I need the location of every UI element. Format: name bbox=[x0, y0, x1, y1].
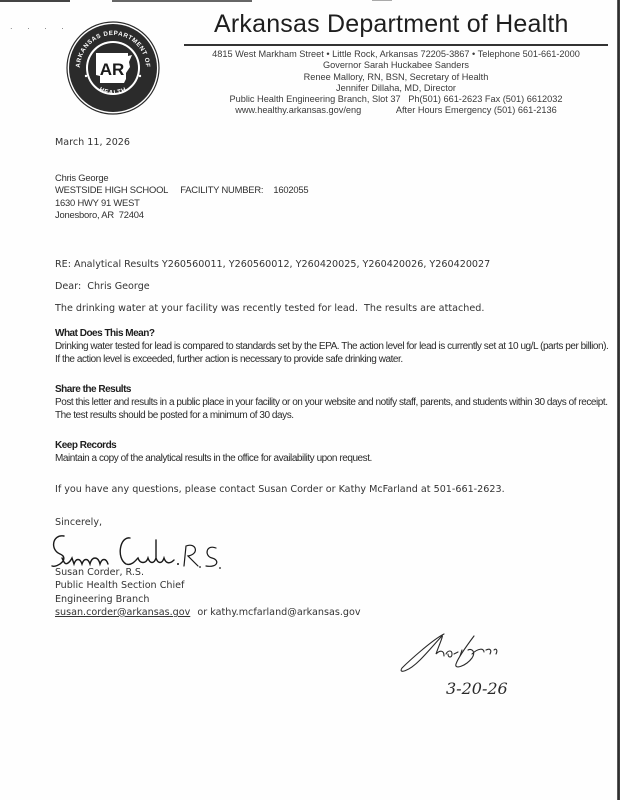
svg-text:AR: AR bbox=[100, 60, 125, 79]
email-link-susan-corder[interactable]: susan.corder@arkansas.gov bbox=[55, 607, 190, 618]
section-heading-what-does-this-mean: What Does This Mean? bbox=[55, 328, 154, 339]
section-body-share-results: Post this letter and results in a public… bbox=[55, 396, 615, 422]
secretary-line: Renee Mallory, RN, BSN, Secretary of Hea… bbox=[184, 72, 608, 83]
letter-date: March 11, 2026 bbox=[55, 137, 130, 148]
facility-line: WESTSIDE HIGH SCHOOLFACILITY NUMBER:1602… bbox=[55, 184, 308, 196]
signer-branch: Engineering Branch bbox=[55, 593, 361, 606]
website-link[interactable]: www.healthy.arkansas.gov/eng bbox=[235, 105, 361, 115]
recipient-street: 1630 HWY 91 WEST bbox=[55, 197, 308, 209]
director-line: Jennifer Dillaha, MD, Director bbox=[184, 83, 608, 94]
intro-paragraph: The drinking water at your facility was … bbox=[55, 303, 484, 314]
recipient-city: Jonesboro, AR 72404 bbox=[55, 209, 308, 221]
signer-title: Public Health Section Chief bbox=[55, 579, 361, 592]
letterhead-rule bbox=[184, 44, 608, 46]
facility-number: 1602055 bbox=[273, 184, 308, 195]
facility-name: WESTSIDE HIGH SCHOOL bbox=[55, 184, 168, 195]
after-hours-line: After Hours Emergency (501) 661-2136 bbox=[396, 105, 557, 115]
letter-page: . . . . AR ARKANSAS DEPARTMENT OF HEALTH… bbox=[0, 0, 620, 800]
recipient-address: Chris George WESTSIDE HIGH SCHOOLFACILIT… bbox=[55, 172, 308, 222]
handwritten-signature-chris-george: 3-20-26 bbox=[398, 628, 518, 708]
section-body-keep-records: Maintain a copy of the analytical result… bbox=[55, 452, 615, 465]
signature-block: Susan Corder, R.S. Public Health Section… bbox=[55, 566, 361, 619]
scan-artifact-dots: . . . . bbox=[10, 22, 70, 31]
salutation: Dear: Chris George bbox=[55, 281, 150, 292]
address-line: 4815 West Markham Street • Little Rock, … bbox=[184, 49, 608, 60]
scan-artifact-top-right bbox=[372, 0, 392, 1]
contact-line: If you have any questions, please contac… bbox=[55, 484, 505, 495]
signer-emails: susan.corder@arkansas.gov or kathy.mcfar… bbox=[55, 606, 361, 619]
governor-line: Governor Sarah Huckabee Sanders bbox=[184, 60, 608, 71]
recipient-name: Chris George bbox=[55, 172, 308, 184]
facility-number-label: FACILITY NUMBER: bbox=[180, 184, 263, 195]
section-body-what-does-this-mean: Drinking water tested for lead is compar… bbox=[55, 340, 615, 366]
signer-name: Susan Corder, R.S. bbox=[55, 566, 361, 579]
scan-artifact-top-left bbox=[0, 0, 70, 2]
branch-line: Public Health Engineering Branch, Slot 3… bbox=[184, 94, 608, 105]
scan-artifact-top-middle bbox=[112, 0, 252, 2]
section-heading-keep-records: Keep Records bbox=[55, 440, 116, 451]
re-line: RE: Analytical Results Y260560011, Y2605… bbox=[55, 259, 490, 270]
closing: Sincerely, bbox=[55, 517, 102, 528]
email-connector: or bbox=[197, 607, 207, 618]
email-kathy-mcfarland[interactable]: kathy.mcfarland@arkansas.gov bbox=[210, 607, 360, 618]
letterhead-info: 4815 West Markham Street • Little Rock, … bbox=[184, 49, 608, 117]
section-heading-share-results: Share the Results bbox=[55, 384, 131, 395]
web-emergency-line: www.healthy.arkansas.gov/eng After Hours… bbox=[184, 105, 608, 116]
svg-text:3-20-26: 3-20-26 bbox=[446, 679, 508, 698]
adh-seal-logo: AR ARKANSAS DEPARTMENT OF HEALTH bbox=[66, 21, 160, 115]
organization-title: Arkansas Department of Health bbox=[214, 10, 569, 39]
